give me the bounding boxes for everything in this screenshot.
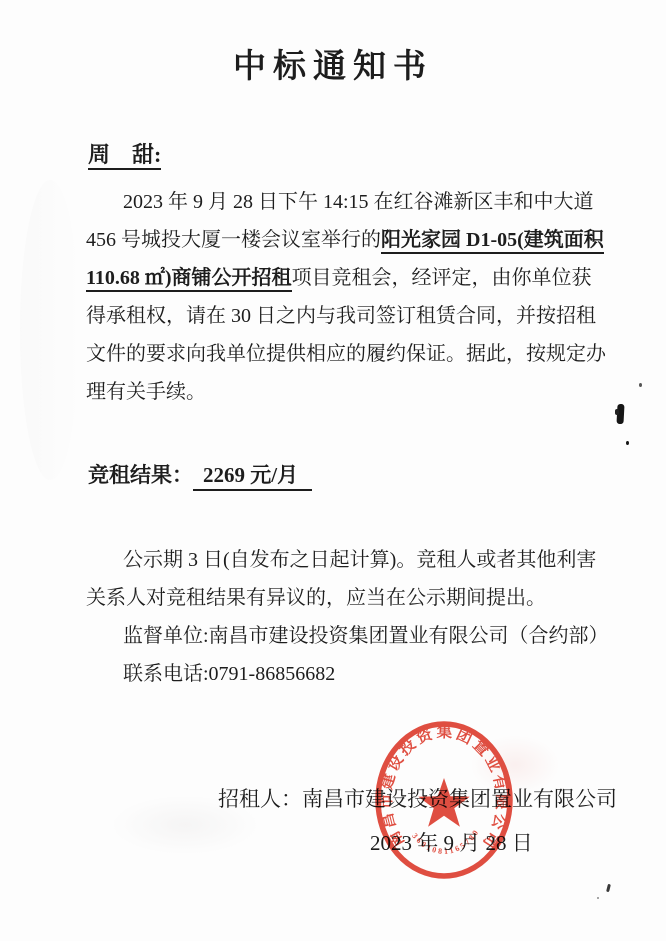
supervisor-line: 监督单位:南昌市建设投资集团置业有限公司（合约部）: [86, 617, 586, 655]
scan-speck: [606, 884, 611, 892]
scan-speck: [597, 897, 599, 899]
phone-line: 联系电话:0791-86856682: [86, 655, 586, 693]
project-name-emphasis: 阳光家园 D1-05(建筑面积: [381, 229, 604, 254]
signature-date: 2023 年 9 月 28 日: [370, 827, 533, 857]
body-line: 456 号城投大厦一楼会议室举行的阳光家园 D1-05(建筑面积: [86, 221, 586, 259]
tenderer-signature-line: 招租人：南昌市建设投资集团置业有限公司: [218, 783, 617, 813]
addressee-name: 周 甜:: [88, 142, 161, 170]
body-line: 理有关手续。: [86, 373, 586, 411]
scan-speck: [639, 383, 642, 387]
scan-smudge: [20, 180, 80, 480]
body-text: 456 号城投大厦一楼会议室举行的: [86, 229, 381, 251]
notice-line: 公示期 3 日(自发布之日起计算)。竞租人或者其他利害: [86, 541, 586, 579]
bid-result-label: 竞租结果：: [88, 463, 193, 487]
document-title: 中标通知书: [0, 40, 666, 87]
body-line: 110.68 ㎡)商铺公开招租项目竞租会，经评定，由你单位获: [86, 259, 586, 297]
scanned-document-page: 中标通知书 周 甜: 2023 年 9 月 28 日下午 14:15 在红谷滩新…: [0, 0, 666, 941]
project-name-emphasis: 110.68 ㎡)商铺公开招租: [86, 267, 292, 292]
body-paragraph: 2023 年 9 月 28 日下午 14:15 在红谷滩新区丰和中大道 456 …: [86, 183, 586, 411]
body-text: 项目竞租会，经评定，由你单位获: [292, 267, 592, 289]
salutation-line: 周 甜:: [88, 138, 161, 169]
notice-paragraph: 公示期 3 日(自发布之日起计算)。竞租人或者其他利害 关系人对竞租结果有异议的…: [86, 541, 586, 693]
body-line: 文件的要求向我单位提供相应的履约保证。据此，按规定办: [86, 335, 586, 373]
ink-blot: [615, 409, 619, 415]
ink-dot: [626, 441, 629, 445]
bid-result-line: 竞租结果：2269 元/月: [88, 459, 312, 489]
bid-result-value: 2269 元/月: [193, 463, 312, 491]
body-line: 得承租权，请在 30 日之内与我司签订租赁合同，并按招租: [86, 297, 586, 335]
body-line: 2023 年 9 月 28 日下午 14:15 在红谷滩新区丰和中大道: [86, 183, 586, 221]
notice-line: 关系人对竞租结果有异议的，应当在公示期间提出。: [86, 579, 586, 617]
